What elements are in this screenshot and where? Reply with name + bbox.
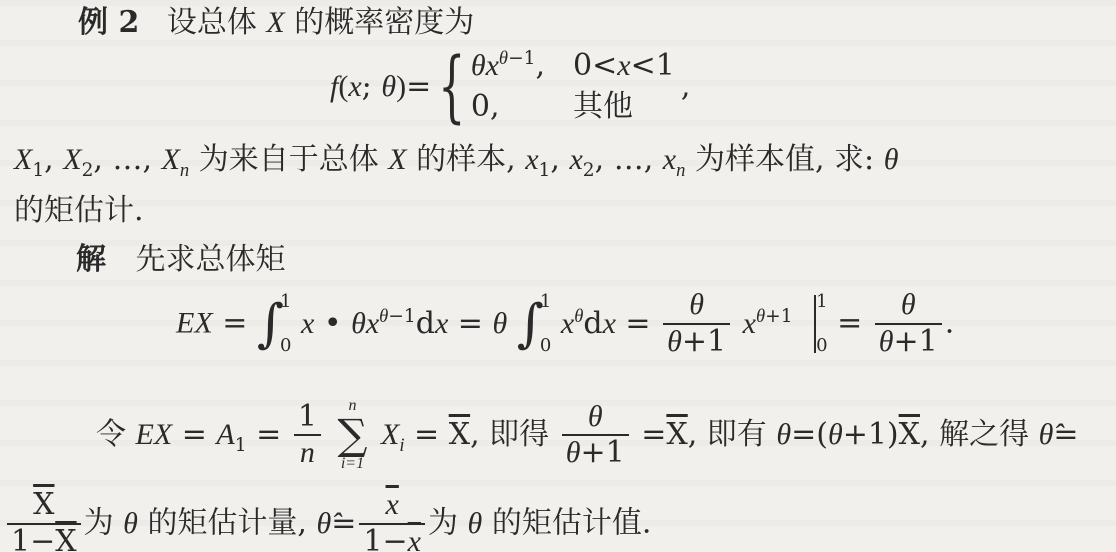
textbook-page: 例 2 设总体 X 的概率密度为 f(x; θ)={ θxθ−1,0<x<1 0… <box>0 0 1116 552</box>
estimate-fraction: x1−x <box>359 488 425 552</box>
fraction: θθ+1 <box>663 288 730 359</box>
summation: n∑i=1 <box>337 398 367 472</box>
density-formula: f(x; θ)={ θxθ−1,0<x<1 0,其他 , <box>330 46 690 127</box>
jiezhi-text: , 解之得 <box>920 417 1029 452</box>
solution-heading: 解 先求总体矩 <box>76 245 286 275</box>
jiyou-text: , 即有 <box>688 417 767 452</box>
estimate-text: 的矩估计值. <box>492 506 652 541</box>
case-row: 0,其他 <box>471 87 681 128</box>
solution-label: 解 <box>76 242 106 277</box>
example-label: 例 2 <box>78 5 139 40</box>
fraction: θθ+1 <box>875 288 942 359</box>
conclusion-line: X1−X为 θ 的矩估计量, θ̂=x1−x为 θ 的矩估计值. <box>4 488 651 552</box>
problem-line-1: X1, X2, …, Xn 为来自于总体 X 的样本, x1, x2, …, x… <box>14 145 898 175</box>
wei-text: 为 <box>84 506 114 541</box>
density-lhs: f(x; θ)= <box>330 72 431 102</box>
wei-text: 为 <box>428 506 458 541</box>
solution-intro: 先求总体矩 <box>136 242 286 277</box>
moment-step-line: 令 EX = A1 = 1n n∑i=1 Xi = X, 即得 θθ+1 =X,… <box>96 398 1079 472</box>
fraction: 1n <box>294 400 321 471</box>
example-intro: 设总体 X 的概率密度为 <box>167 5 474 40</box>
ling-text: 令 <box>96 417 126 452</box>
moment-equation: EX = ∫10 x • θxθ−1dx = θ ∫10 xθdx = θθ+1… <box>176 288 954 359</box>
estimator-text: 的矩估计量, <box>147 506 307 541</box>
density-trailing-comma: , <box>681 72 691 102</box>
case-row: θxθ−1,0<x<1 <box>471 46 681 87</box>
jide-text: , 即得 <box>470 417 549 452</box>
problem-line-2: 的矩估计. <box>14 196 144 226</box>
density-cases: θxθ−1,0<x<1 0,其他 <box>471 46 681 127</box>
left-brace: { <box>438 48 465 126</box>
estimator-fraction: X1−X <box>7 488 81 552</box>
example-heading: 例 2 设总体 X 的概率密度为 <box>78 8 474 38</box>
fraction: θθ+1 <box>562 400 629 471</box>
